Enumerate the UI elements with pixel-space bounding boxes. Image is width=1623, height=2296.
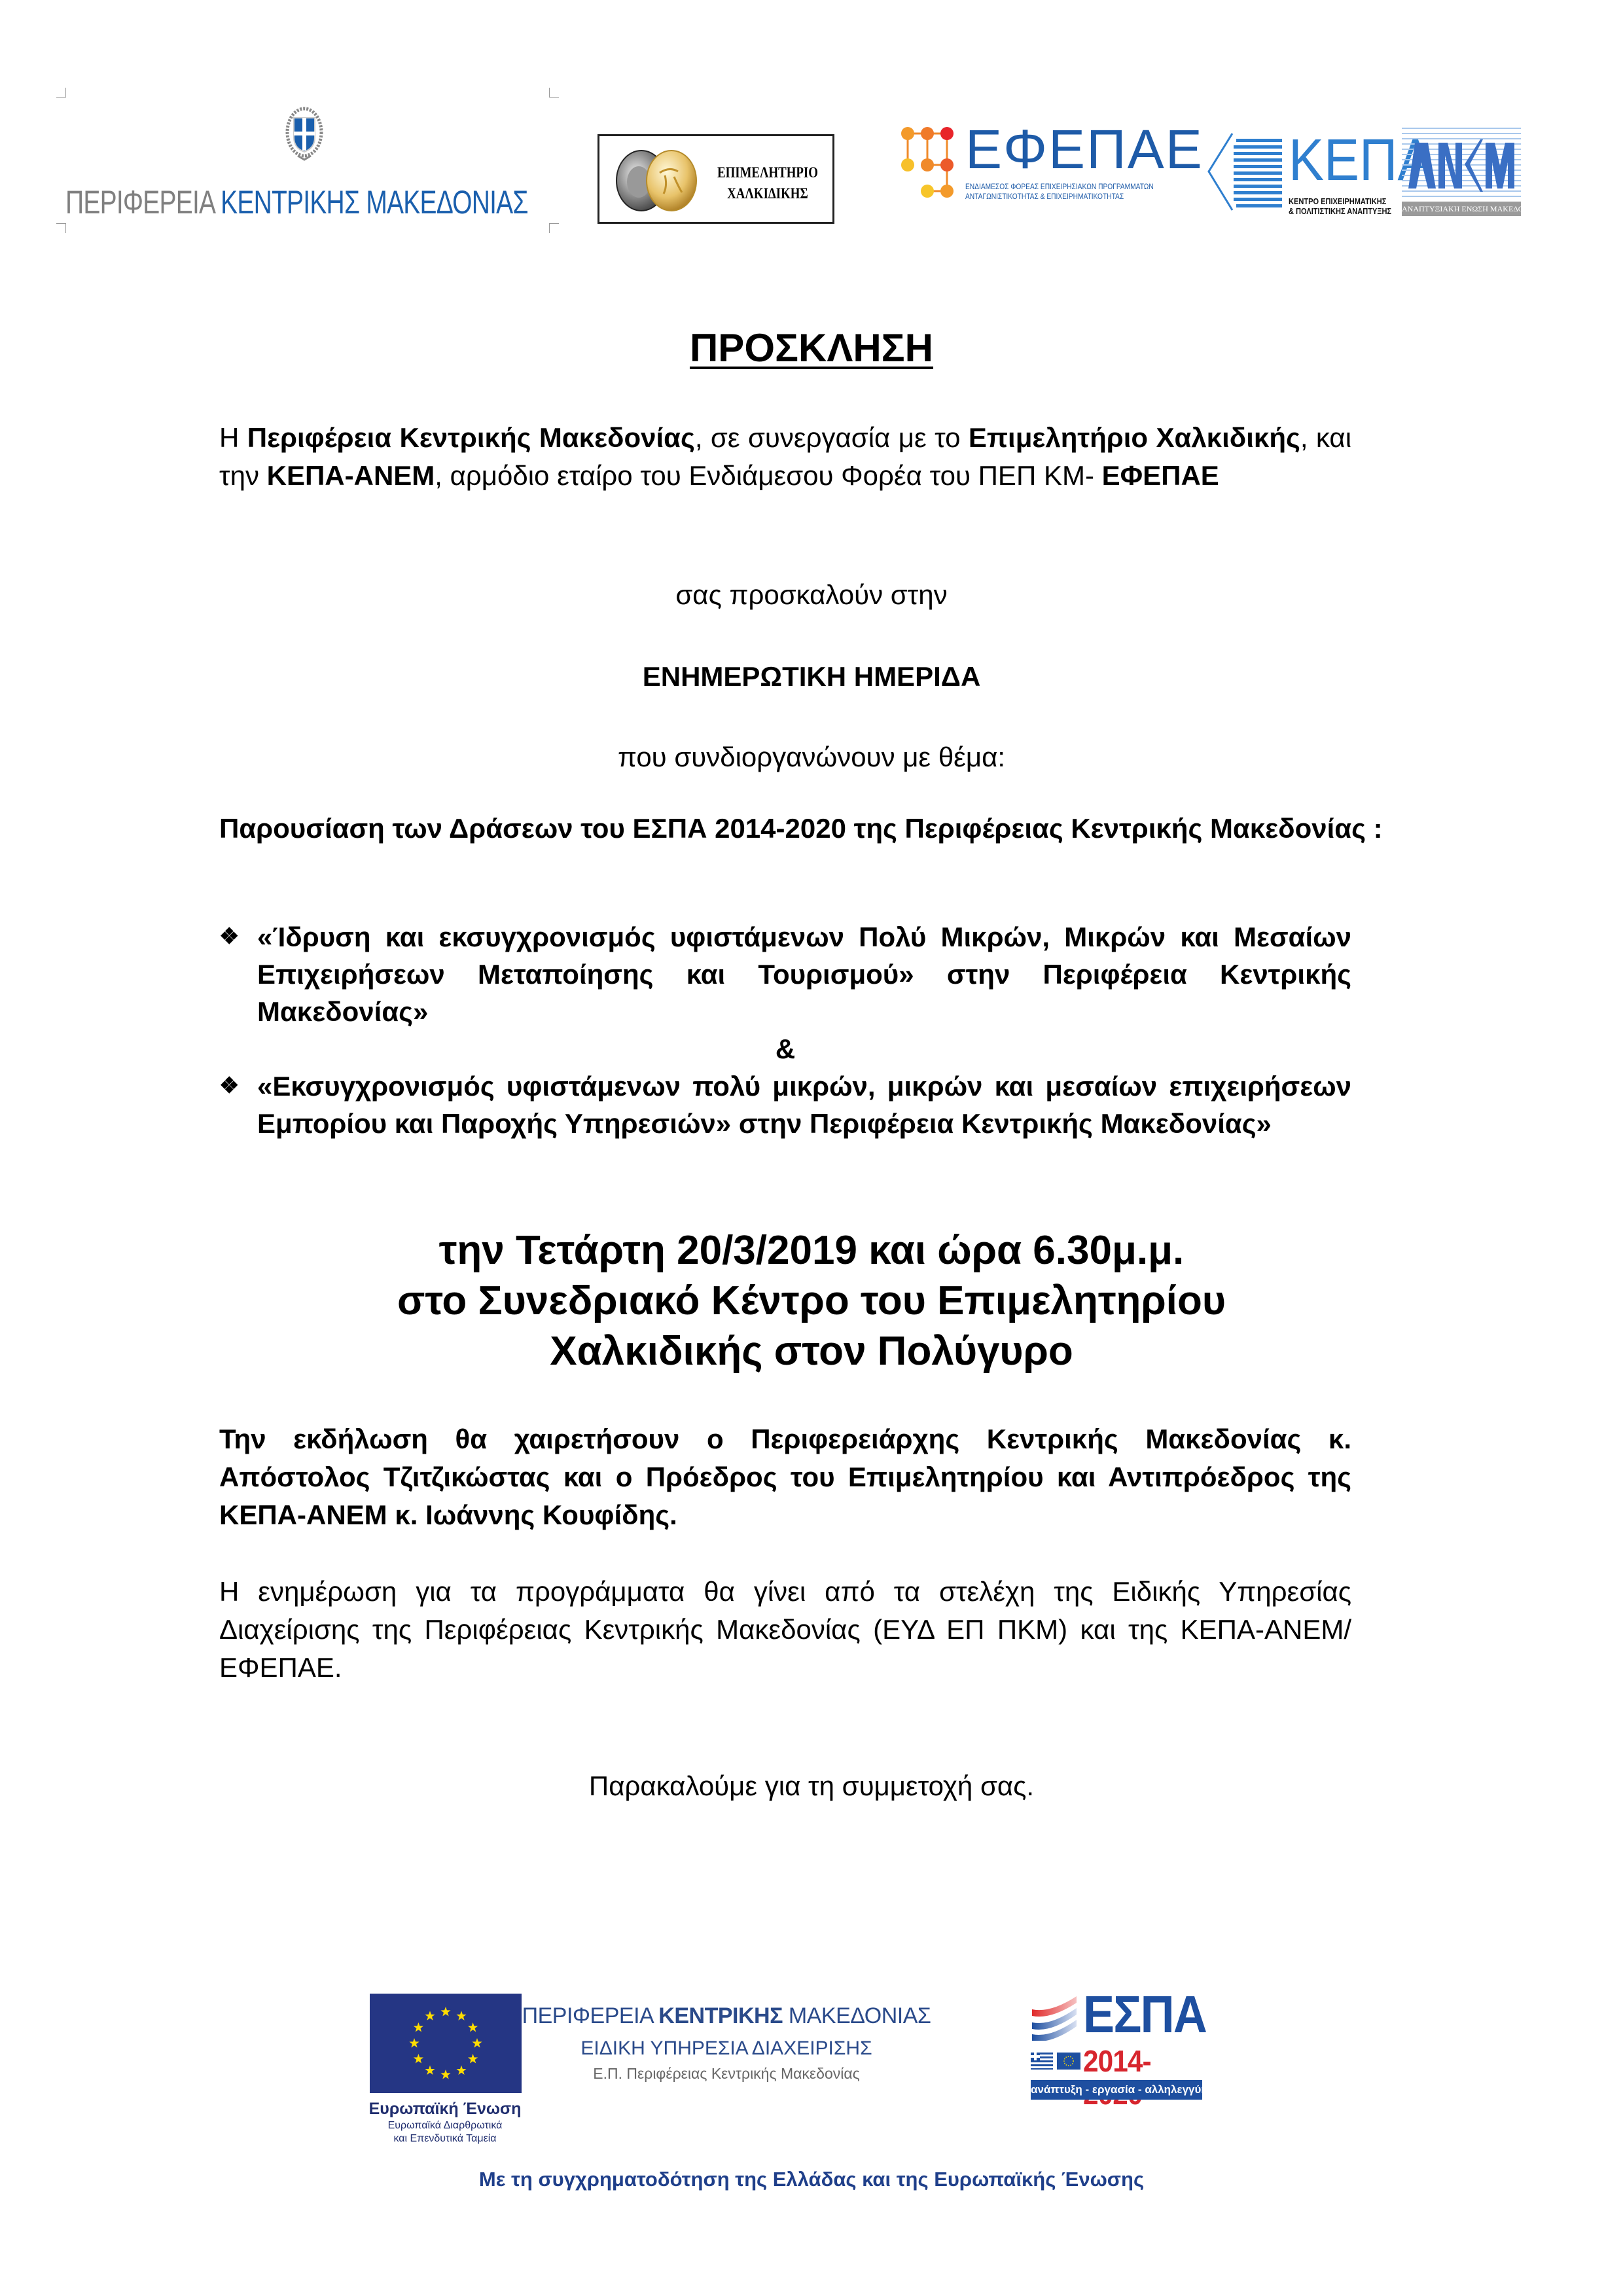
pkm-bold: ΚΕΝΤΡΙΚΗΣ	[658, 2003, 783, 2028]
region-logo-prefix: ΠΕΡΙΦΕΡΕΙΑ	[65, 184, 214, 221]
intro-text: Η	[219, 422, 247, 453]
efepae-logo-subtitle: ΕΝΔΙΑΜΕΣΟΣ ΦΟΡΕΑΣ ΕΠΙΧΕΙΡΗΣΙΑΚΩΝ ΠΡΟΓΡΑΜ…	[965, 182, 1154, 202]
action-text: «Εκσυγχρονισμός υφιστάμενων πολύ μικρών,…	[257, 1071, 1351, 1139]
kepa-sub-line1: ΚΕΝΤΡΟ ΕΠΙΧΕΙΡΗΜΑΤΙΚΗΣ	[1289, 196, 1391, 206]
cofunding-statement: Με τη συγχρηματοδότηση της Ελλάδας και τ…	[0, 2168, 1623, 2191]
eu-title: Ευρωπαϊκή Ένωση	[357, 2098, 533, 2119]
espa-years: 2014-2020	[1083, 2045, 1200, 2110]
espa-slogan: ανάπτυξη - εργασία - αλληλεγγύη	[1031, 2080, 1202, 2100]
efepae-sub-line1: ΕΝΔΙΑΜΕΣΟΣ ΦΟΡΕΑΣ ΕΠΙΧΕΙΡΗΣΙΑΚΩΝ ΠΡΟΓΡΑΜ…	[965, 182, 1154, 192]
greek-coat-of-arms-icon	[285, 105, 324, 164]
intro-text: , αρμόδιο εταίρο του Ενδιάμεσου Φορέα το…	[435, 460, 1101, 491]
greek-and-eu-flags-icon	[1031, 2053, 1080, 2070]
anem-mark-icon	[1402, 126, 1521, 200]
diamond-bullet-icon: ❖	[219, 918, 239, 956]
event-date-time: την Τετάρτη 20/3/2019 και ώρα 6.30μ.μ.	[0, 1225, 1623, 1276]
efepae-dots-icon	[900, 126, 959, 198]
closing-line: Παρακαλούμε για τη συμμετοχή σας.	[0, 1767, 1623, 1805]
eu-subtitle-line1: Ευρωπαϊκά Διαρθρωτικά	[357, 2119, 533, 2132]
pkm-line3: Ε.Π. Περιφέρειας Κεντρικής Μακεδονίας	[432, 2063, 1021, 2084]
efepae-logo-name: ΕΦΕΠΑΕ	[965, 118, 1204, 181]
event-type-heading: ΕΝΗΜΕΡΩΤΙΚΗ ΗΜΕΡΙΔΑ	[0, 658, 1623, 696]
list-item: ❖ «Εκσυγχρονισμός υφιστάμενων πολύ μικρώ…	[219, 1067, 1351, 1142]
page-title: ΠΡΟΣΚΛΗΣΗ	[0, 325, 1623, 371]
anem-logo-caption: ΑΝΑΠΤΥΞΙΑΚΗ ΕΝΩΣΗ ΜΑΚΕΔΟΝΙΑΣ	[1402, 202, 1521, 216]
pkm-prefix: ΠΕΡΙΦΕΡΕΙΑ	[522, 2003, 659, 2028]
chamber-logo-line1: ΕΠΙΜΕΛΗΤΗΡΙΟ	[717, 162, 818, 183]
topic-heading: Παρουσίαση των Δράσεων του ΕΣΠΑ 2014-202…	[219, 810, 1436, 848]
ancient-coins-icon	[614, 147, 699, 213]
event-date-venue: την Τετάρτη 20/3/2019 και ώρα 6.30μ.μ. σ…	[0, 1225, 1623, 1376]
kepa-logo-subtitle: ΚΕΝΤΡΟ ΕΠΙΧΕΙΡΗΜΑΤΙΚΗΣ & ΠΟΛΙΤΙΣΤΙΚΗΣ ΑΝ…	[1289, 196, 1391, 216]
crop-mark	[56, 223, 66, 233]
eu-caption: Ευρωπαϊκή Ένωση Ευρωπαϊκά Διαρθρωτικά κα…	[357, 2098, 533, 2145]
kepa-logo: ΚΕΠΑ ΚΕΝΤΡΟ ΕΠΙΧΕΙΡΗΜΑΤΙΚΗΣ & ΠΟΛΙΤΙΣΤΙΚ…	[1206, 131, 1396, 219]
anem-logo: ΑΝΑΠΤΥΞΙΑΚΗ ΕΝΩΣΗ ΜΑΚΕΔΟΝΙΑΣ	[1402, 126, 1521, 217]
pkm-suffix: ΜΑΚΕΔΟΝΙΑΣ	[783, 2003, 931, 2028]
actions-separator: &	[219, 1030, 1351, 1067]
crop-mark	[56, 88, 66, 98]
pkm-line1: ΠΕΡΙΦΕΡΕΙΑ ΚΕΝΤΡΙΚΗΣ ΜΑΚΕΔΟΝΙΑΣ	[432, 2001, 1021, 2030]
intro-kepa-anem: ΚΕΠΑ-ΑΝΕΜ	[267, 460, 435, 491]
topic-intro: που συνδιοργανώνουν με θέμα:	[0, 738, 1623, 776]
list-item: ❖ «Ίδρυση και εκσυγχρονισμός υφιστάμενων…	[219, 918, 1351, 1030]
intro-text: , σε συνεργασία με το	[695, 422, 969, 453]
region-logo-text: ΠΕΡΙΦΕΡΕΙΑ ΚΕΝΤΡΙΚΗΣ ΜΑΚΕΔΟΝΙΑΣ	[65, 183, 528, 221]
chamber-logo-line2: ΧΑΛΚΙΔΙΚΗΣ	[717, 183, 818, 204]
chamber-logo-text: ΕΠΙΜΕΛΗΤΗΡΙΟ ΧΑΛΚΙΔΙΚΗΣ	[717, 162, 818, 204]
espa-logo: ΕΣΠΑ 2014-2020 ανάπτυξη - εργασία - αλλη…	[1031, 1990, 1211, 2104]
eu-subtitle-line2: και Επενδυτικά Ταμεία	[357, 2132, 533, 2145]
crop-mark	[549, 223, 559, 233]
greetings-paragraph: Την εκδήλωση θα χαιρετήσουν ο Περιφερειά…	[219, 1420, 1351, 1534]
efepae-sub-line2: ΑΝΤΑΓΩΝΙΣΤΙΚΟΤΗΤΑΣ & ΕΠΙΧΕΙΡΗΜΑΤΙΚΟΤΗΤΑΣ	[965, 192, 1154, 202]
region-logo-name: ΚΕΝΤΡΙΚΗΣ ΜΑΚΕΔΟΝΙΑΣ	[221, 184, 528, 221]
event-venue-line1: στο Συνεδριακό Κέντρο του Επιμελητηρίου	[0, 1276, 1623, 1326]
action-text: «Ίδρυση και εκσυγχρονισμός υφιστάμενων Π…	[257, 922, 1351, 1027]
kepa-sub-line2: & ΠΟΛΙΤΙΣΤΙΚΗΣ ΑΝΑΠΤΥΞΗΣ	[1289, 206, 1391, 216]
briefing-paragraph: Η ενημέρωση για τα προγράμματα θα γίνει …	[219, 1573, 1351, 1687]
crop-mark	[549, 88, 559, 98]
espa-waves-icon	[1031, 1995, 1078, 2041]
intro-paragraph: Η Περιφέρεια Κεντρικής Μακεδονίας, σε συ…	[219, 419, 1351, 495]
actions-list: ❖ «Ίδρυση και εκσυγχρονισμός υφιστάμενων…	[219, 918, 1351, 1142]
title-text: ΠΡΟΣΚΛΗΣΗ	[690, 326, 933, 370]
region-central-macedonia-logo: ΠΕΡΙΦΕΡΕΙΑ ΚΕΝΤΡΙΚΗΣ ΜΑΚΕΔΟΝΙΑΣ	[59, 92, 556, 229]
intro-efepae: ΕΦΕΠΑΕ	[1102, 460, 1219, 491]
chamber-of-chalkidiki-logo: ΕΠΙΜΕΛΗΤΗΡΙΟ ΧΑΛΚΙΔΙΚΗΣ	[597, 134, 834, 224]
event-venue-line2: Χαλκιδικής στον Πολύγυρο	[0, 1326, 1623, 1376]
efepae-logo: ΕΦΕΠΑΕ ΕΝΔΙΑΜΕΣΟΣ ΦΟΡΕΑΣ ΕΠΙΧΕΙΡΗΣΙΑΚΩΝ …	[900, 126, 1175, 204]
kepa-arrow-icon	[1206, 131, 1285, 213]
intro-region: Περιφέρεια Κεντρικής Μακεδονίας	[247, 422, 695, 453]
pkm-line2: ΕΙΔΙΚΗ ΥΠΗΡΕΣΙΑ ΔΙΑΧΕΙΡΙΣΗΣ	[432, 2034, 1021, 2063]
managing-authority-logo: ΠΕΡΙΦΕΡΕΙΑ ΚΕΝΤΡΙΚΗΣ ΜΑΚΕΔΟΝΙΑΣ ΕΙΔΙΚΗ Υ…	[432, 2001, 1021, 2084]
diamond-bullet-icon: ❖	[219, 1067, 239, 1105]
invite-line: σας προσκαλούν στην	[0, 576, 1623, 614]
espa-name: ΕΣΠΑ	[1083, 1988, 1206, 2041]
intro-chamber: Επιμελητήριο Χαλκιδικής	[969, 422, 1300, 453]
